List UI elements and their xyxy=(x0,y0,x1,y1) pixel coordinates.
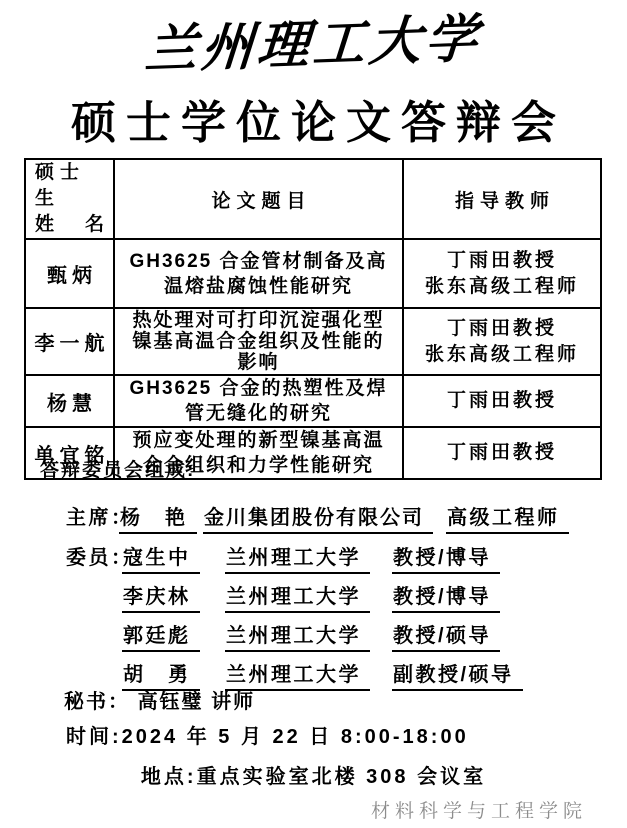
table-row: 李一航 热处理对可打印沉淀强化型 镍基高温合金组织及性能的 影响 丁雨田教授 张… xyxy=(25,308,601,375)
table-row: 甄炳 GH3625 合金管材制备及高 温熔盐腐蚀性能研究 丁雨田教授 张东高级工… xyxy=(25,239,601,308)
header-student-name-line2: 姓 名 xyxy=(35,212,104,238)
table-row: 杨慧 GH3625 合金的热塑性及焊 管无缝化的研究 丁雨田教授 xyxy=(25,375,601,427)
defense-location: 地点:重点实验室北楼 308 会议室 xyxy=(0,760,627,789)
committee-member-row: 委员： 寇生中 兰州理工大学 教授/博导 xyxy=(0,541,627,569)
committee-chair-row: 主席： 杨 艳 金川集团股份有限公司 高级工程师 xyxy=(0,501,627,529)
secretary-name: 高钰璧 讲师 xyxy=(138,691,256,713)
member-title: 教授/博导 xyxy=(392,580,500,613)
committee-member-row: 胡 勇 兰州理工大学 副教授/硕导 xyxy=(0,658,627,686)
advisor-cell: 丁雨田教授 xyxy=(403,375,601,427)
header-thesis-title: 论文题目 xyxy=(114,159,403,239)
defense-announcement-page: 兰州理工大学 硕士学位论文答辩会 硕士生 姓 名 论文题目 指导教师 xyxy=(0,0,627,828)
member-title: 教授/博导 xyxy=(392,541,500,574)
chair-title: 高级工程师 xyxy=(446,501,569,534)
thesis-title-cell: 热处理对可打印沉淀强化型 镍基高温合金组织及性能的 影响 xyxy=(114,308,403,375)
member-name: 寇生中 xyxy=(122,541,200,574)
student-name-cell: 杨慧 xyxy=(25,375,114,427)
university-logo-calligraphy: 兰州理工大学 xyxy=(0,0,627,88)
department-name: 材料科学与工程学院 xyxy=(371,796,587,823)
table-header-row: 硕士生 姓 名 论文题目 指导教师 xyxy=(25,159,601,239)
advisor-cell: 丁雨田教授 xyxy=(403,427,601,479)
student-name-cell: 李一航 xyxy=(25,308,114,375)
header-advisor: 指导教师 xyxy=(403,159,601,239)
committee-member-row: 郭廷彪 兰州理工大学 教授/硕导 xyxy=(0,619,627,647)
committee-member-row: 李庆林 兰州理工大学 教授/博导 xyxy=(0,580,627,608)
committee-heading: 答辩委员会组成: xyxy=(40,455,195,482)
member-title: 副教授/硕导 xyxy=(392,658,523,691)
member-organization: 兰州理工大学 xyxy=(225,541,370,574)
header-student-name-line1: 硕士生 xyxy=(35,160,104,212)
student-name-cell: 甄炳 xyxy=(25,239,114,308)
page-title: 硕士学位论文答辩会 xyxy=(0,86,627,151)
header-student-name: 硕士生 姓 名 xyxy=(25,159,114,239)
secretary-row: 秘书： 高钰璧 讲师 xyxy=(64,685,255,714)
defense-time: 时间:2024 年 5 月 22 日 8:00-18:00 xyxy=(66,720,469,749)
thesis-defense-table: 硕士生 姓 名 论文题目 指导教师 甄炳 GH3625 合金管材制备及高 温熔盐… xyxy=(24,158,602,480)
chair-organization: 金川集团股份有限公司 xyxy=(203,501,433,534)
member-name: 李庆林 xyxy=(122,580,200,613)
advisor-cell: 丁雨田教授 张东高级工程师 xyxy=(403,308,601,375)
chair-name: 杨 艳 xyxy=(119,501,197,534)
advisor-cell: 丁雨田教授 张东高级工程师 xyxy=(403,239,601,308)
member-title: 教授/硕导 xyxy=(392,619,500,652)
thesis-title-cell: GH3625 合金的热塑性及焊 管无缝化的研究 xyxy=(114,375,403,427)
secretary-label: 秘书： xyxy=(64,691,130,713)
thesis-title-cell: GH3625 合金管材制备及高 温熔盐腐蚀性能研究 xyxy=(114,239,403,308)
member-organization: 兰州理工大学 xyxy=(225,580,370,613)
member-name: 郭廷彪 xyxy=(122,619,200,652)
member-organization: 兰州理工大学 xyxy=(225,619,370,652)
